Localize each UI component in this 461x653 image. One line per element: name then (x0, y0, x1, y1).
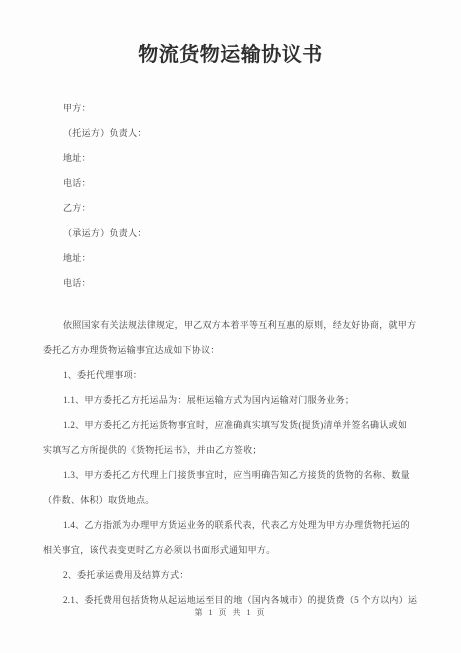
body-line-clause-1-4: 1.4、乙方指派为办理甲方货运业务的联系代表，代表乙方处理为甲方办理货物托运的 (43, 513, 437, 538)
party-b-manager-label: （承运方）负责人： (43, 221, 433, 246)
body-line-clause-1: 1、委托代理事项： (43, 363, 437, 388)
body-line-clause-1-3: 1.3、甲方委托乙方代理上门接货事宜时，应当明确告知乙方接货的货物的名称、数量 (43, 463, 437, 488)
document-page: 物流货物运输协议书 甲方： （托运方）负责人： 地址： 电话： 乙方： （承运方… (0, 0, 461, 653)
party-info-block: 甲方： （托运方）负责人： 地址： 电话： 乙方： （承运方）负责人： 地址： … (0, 96, 461, 296)
agreement-body: 依照国家有关法规法律规定，甲乙双方本着平等互利互惠的原则，经友好协商，就甲方 委… (0, 313, 461, 613)
body-line-clause-1-1: 1.1、甲方委托乙方托运品为：展柜运输方式为国内运输对门服务业务； (43, 388, 437, 413)
party-a-manager-label: （托运方）负责人： (43, 121, 433, 146)
body-line-clause-1-4-cont: 相关事宜，该代表变更时乙方必须以书面形式通知甲方。 (43, 538, 437, 563)
party-a-phone-label: 电话： (43, 171, 433, 196)
body-line-clause-1-3-cont: （件数、体积）取货地点。 (43, 488, 437, 513)
party-b-phone-label: 电话： (43, 271, 433, 296)
party-a-address-label: 地址： (43, 146, 433, 171)
body-line-preamble: 依照国家有关法规法律规定，甲乙双方本着平等互利互惠的原则，经友好协商，就甲方 (43, 313, 437, 338)
party-b-label: 乙方： (43, 196, 433, 221)
body-line-clause-2: 2、委托承运费用及结算方式： (43, 563, 437, 588)
body-line-clause-1-2: 1.2、甲方委托乙方托运货物事宜时，应准确真实填写发货(提货)清单并签名确认或如 (43, 413, 437, 438)
document-title: 物流货物运输协议书 (0, 0, 461, 65)
party-b-address-label: 地址： (43, 246, 433, 271)
body-line-preamble-cont: 委托乙方办理货物运输事宜达成如下协议： (43, 338, 437, 363)
party-a-label: 甲方： (43, 96, 433, 121)
body-line-clause-1-2-cont: 实填写乙方所提供的《货物托运书》，并由乙方签收； (43, 438, 437, 463)
